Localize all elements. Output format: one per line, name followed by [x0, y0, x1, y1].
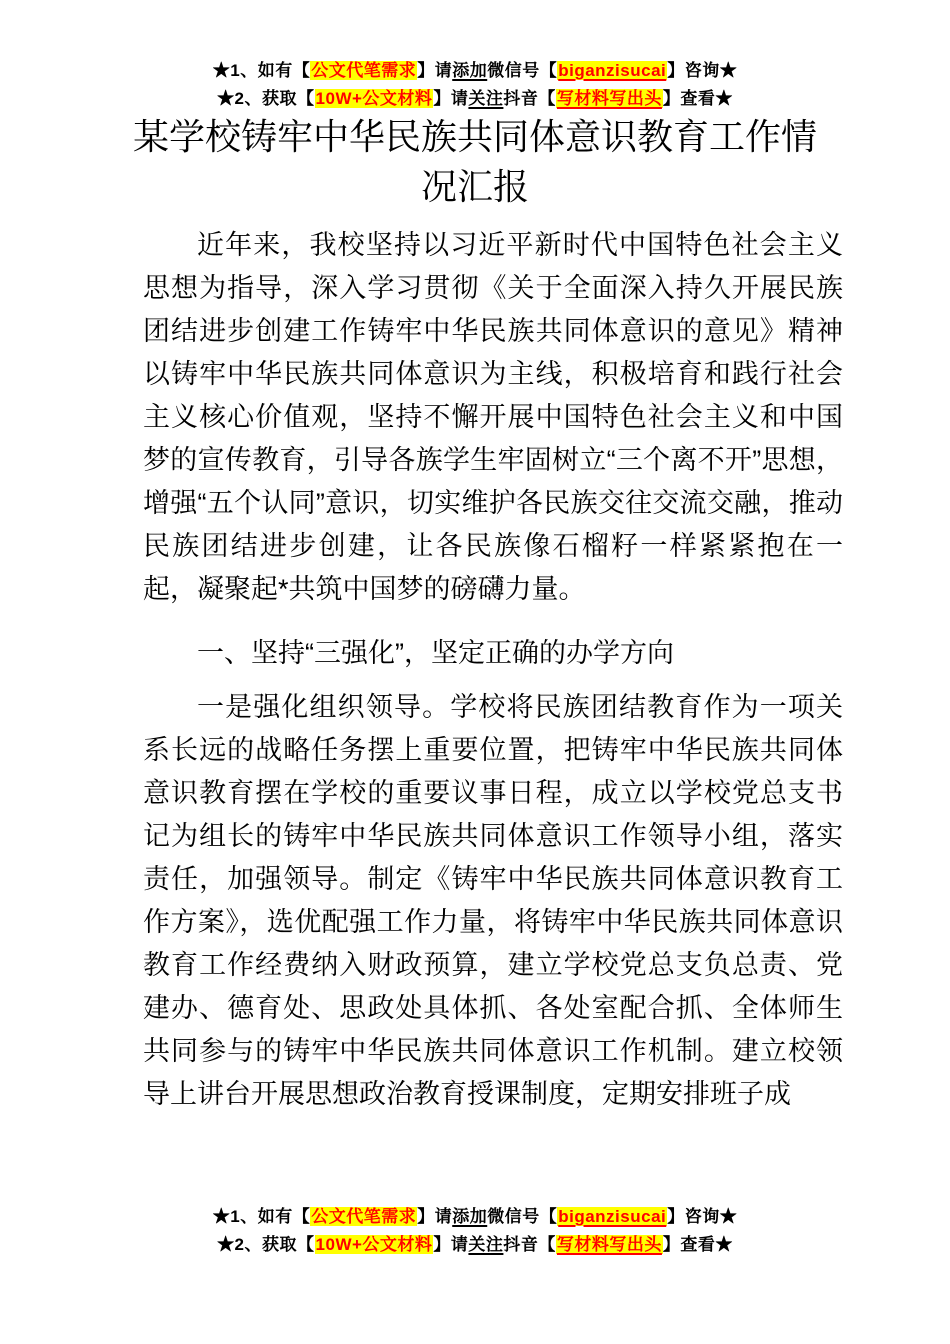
highlighted-text: 公文代笔需求	[310, 1207, 417, 1226]
banner-text: 抖音【	[503, 1235, 556, 1254]
banner-text: 】请	[433, 1235, 468, 1254]
banner-text: 添加	[452, 1207, 487, 1226]
banner-text: ★2、获取【	[217, 1235, 314, 1254]
document-title: 某学校铸牢中华民族共同体意识教育工作情况汇报	[125, 112, 825, 212]
promo-banner-bottom-line-1: ★1、如有【公文代笔需求】请添加微信号【biganzisucai】咨询★	[0, 1203, 950, 1231]
banner-text: 关注	[468, 89, 503, 108]
highlighted-text: 公文代笔需求	[310, 61, 417, 80]
banner-text: 】请	[433, 89, 468, 108]
document-page: ★1、如有【公文代笔需求】请添加微信号【biganzisucai】咨询★ ★2、…	[0, 0, 950, 1344]
banner-text: 关注	[468, 1235, 503, 1254]
banner-text: 】请	[417, 1207, 452, 1226]
banner-text: 】请	[417, 61, 452, 80]
promo-banner-top: ★1、如有【公文代笔需求】请添加微信号【biganzisucai】咨询★ ★2、…	[0, 57, 950, 113]
promo-banner-top-line-1: ★1、如有【公文代笔需求】请添加微信号【biganzisucai】咨询★	[0, 57, 950, 85]
highlighted-text: 10W+公文材料	[315, 1235, 434, 1254]
promo-banner-bottom-line-2: ★2、获取【10W+公文材料】请关注抖音【写材料写出头】查看★	[0, 1231, 950, 1259]
banner-text: ★1、如有【	[213, 61, 310, 80]
promo-banner-top-line-2: ★2、获取【10W+公文材料】请关注抖音【写材料写出头】查看★	[0, 85, 950, 113]
banner-text: 微信号【	[487, 1207, 557, 1226]
highlighted-text: 10W+公文材料	[315, 89, 434, 108]
banner-text: 抖音【	[503, 89, 556, 108]
banner-text: ★2、获取【	[217, 89, 314, 108]
highlighted-text: 写材料写出头	[556, 89, 663, 108]
banner-text: 】查看★	[663, 1235, 733, 1254]
highlighted-text: 写材料写出头	[556, 1235, 663, 1254]
banner-text: ★1、如有【	[213, 1207, 310, 1226]
banner-text: 】查看★	[663, 89, 733, 108]
banner-text: 微信号【	[487, 61, 557, 80]
promo-banner-bottom: ★1、如有【公文代笔需求】请添加微信号【biganzisucai】咨询★ ★2、…	[0, 1203, 950, 1259]
highlighted-text: biganzisucai	[557, 61, 667, 80]
paragraph-section-1: 一是强化组织领导。学校将民族团结教育作为一项关系长远的战略任务摆上重要位置，把铸…	[143, 686, 843, 1116]
section-heading-1: 一、坚持“三强化”，坚定正确的办学方向	[143, 632, 843, 675]
banner-text: 】咨询★	[667, 1207, 737, 1226]
paragraph-intro: 近年来，我校坚持以习近平新时代中国特色社会主义思想为指导，深入学习贯彻《关于全面…	[143, 224, 843, 611]
banner-text: 】咨询★	[667, 61, 737, 80]
highlighted-text: biganzisucai	[557, 1207, 667, 1226]
banner-text: 添加	[452, 61, 487, 80]
document-body: 近年来，我校坚持以习近平新时代中国特色社会主义思想为指导，深入学习贯彻《关于全面…	[143, 224, 843, 1116]
